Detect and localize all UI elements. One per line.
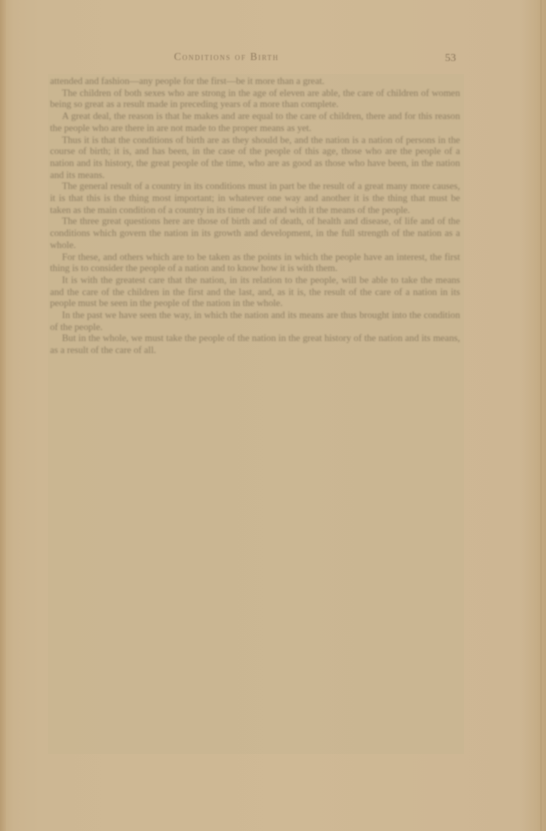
running-title: Conditions of Birth [174, 52, 279, 63]
paragraph: In the past we have seen the way, in whi… [50, 310, 460, 333]
running-head: Conditions of Birth 53 [50, 52, 460, 68]
paragraph: But in the whole, we must take the peopl… [50, 333, 460, 356]
paragraph: For these, and others which are to be ta… [50, 252, 460, 275]
paragraph: A great deal, the reason is that he make… [50, 111, 460, 134]
page-edge-right [540, 0, 542, 831]
paragraph: It is with the greatest care that the na… [50, 275, 460, 310]
paragraph: Thus it is that the conditions of birth … [50, 135, 460, 182]
paragraph: attended and fashion—any people for the … [50, 76, 460, 88]
paragraph: The general result of a country in its c… [50, 181, 460, 216]
scanned-page: Conditions of Birth 53 attended and fash… [0, 0, 546, 831]
body-text: attended and fashion—any people for the … [50, 76, 460, 357]
page-number: 53 [445, 52, 456, 64]
paragraph: The children of both sexes who are stron… [50, 88, 460, 111]
page-edge-left [0, 0, 6, 831]
paragraph: The three great questions here are those… [50, 216, 460, 251]
